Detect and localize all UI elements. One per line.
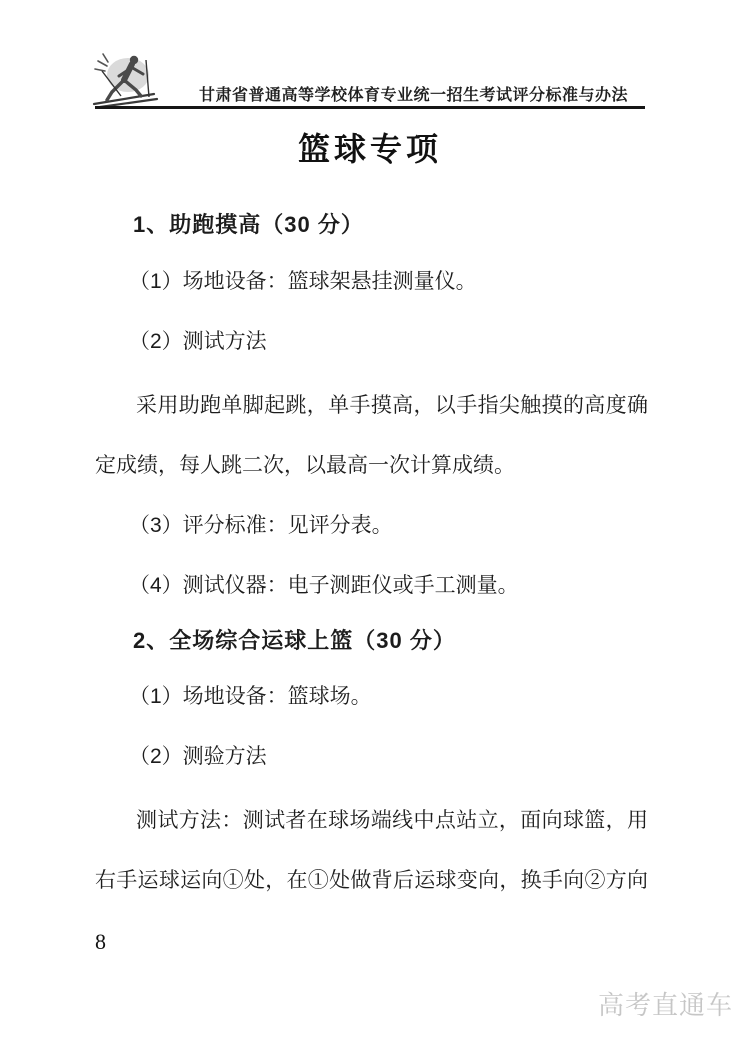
document-page: 甘肃省普通高等学校体育专业统一招生考试评分标准与办法 篮球专项 1、助跑摸高（3… — [0, 0, 737, 1043]
section-1-heading: 1、助跑摸高（30 分） — [133, 211, 364, 238]
section-2-paragraph-line-2: 右手运球运向①处，在①处做背后运球变向，换手向②方向 — [95, 867, 648, 894]
section-1-item-1: （1）场地设备：篮球架悬挂测量仪。 — [129, 268, 477, 295]
doc-title: 篮球专项 — [95, 124, 645, 170]
page-number: 8 — [95, 929, 106, 955]
section-2-heading: 2、全场综合运球上篮（30 分） — [133, 627, 456, 654]
watermark-text: 高考直通车 — [598, 985, 733, 1022]
section-1-item-2: （2）测试方法 — [129, 328, 267, 355]
section-1-paragraph-line-1: 采用助跑单脚起跳，单手摸高，以手指尖触摸的高度确 — [136, 392, 648, 419]
section-1-paragraph-line-2: 定成绩，每人跳二次，以最高一次计算成绩。 — [95, 452, 515, 479]
header-title: 甘肃省普通高等学校体育专业统一招生考试评分标准与办法 — [95, 82, 628, 105]
section-1-item-3: （3）评分标准：见评分表。 — [129, 512, 393, 539]
section-2-item-2: （2）测验方法 — [129, 743, 267, 770]
section-2-paragraph-line-1: 测试方法：测试者在球场端线中点站立，面向球篮，用 — [136, 807, 648, 834]
header-rule — [95, 106, 645, 109]
section-2-item-1: （1）场地设备：篮球场。 — [129, 683, 372, 710]
section-1-item-4: （4）测试仪器：电子测距仪或手工测量。 — [129, 572, 519, 599]
